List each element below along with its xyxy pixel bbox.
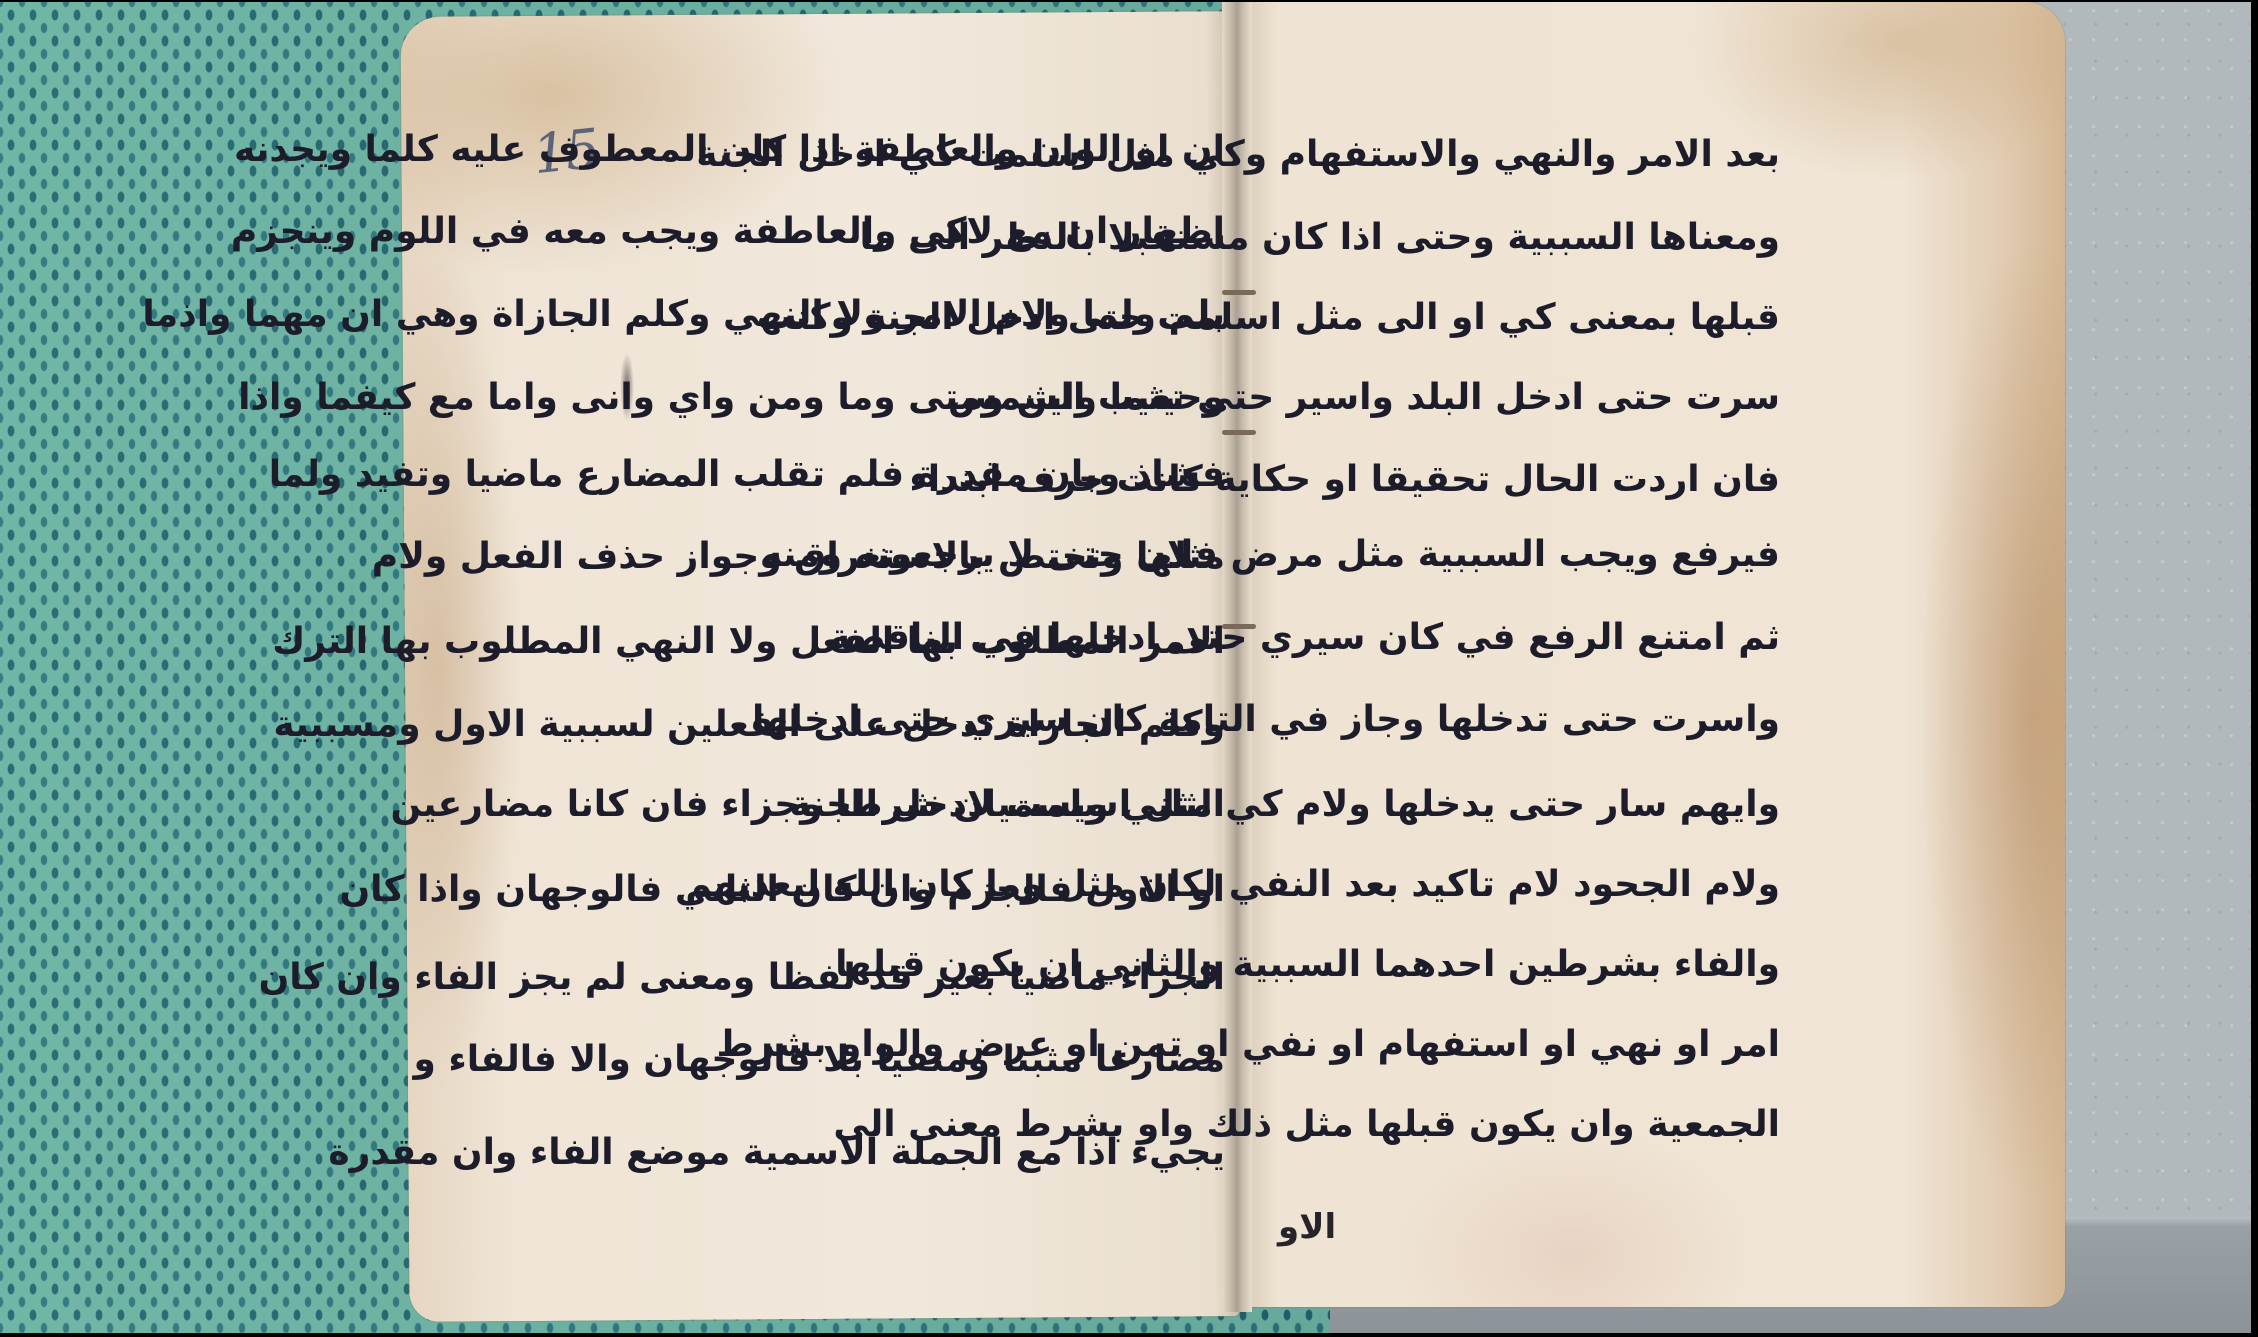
text-line: ثم امتنع الرفع في كان سيري حتى ادخلها في… xyxy=(829,620,1780,656)
text-line: امر او نهي او استفهام او نفي او تمن او ع… xyxy=(717,1027,1781,1063)
text-line: واسرت حتى تدخلها وجاز في التامة كان سيري… xyxy=(752,702,1780,738)
text-line: قبلها بمعنى كي او الى مثل اسلمت حتى ادخل… xyxy=(757,300,1780,336)
text-line: فان اردت الحال تحقيقا او حكاية كانت حرف … xyxy=(909,462,1780,498)
right-page-text: بعد الامر والنهي والاستفهام وكي مثل اسلم… xyxy=(1270,2,1780,1333)
catchword: الاو xyxy=(1278,1207,1336,1247)
text-line: فيرفع ويجب السببية مثل مرض فلان حتى لا ي… xyxy=(761,537,1780,573)
binding-stitch xyxy=(1222,290,1256,295)
text-line: وايهم سار حتى يدخلها ولام كي مثل اسلمت ل… xyxy=(790,787,1780,823)
binding-stitch xyxy=(1222,430,1256,435)
text-line: ومعناها السببية وحتى اذا كان مستقبلا بال… xyxy=(860,220,1780,256)
bottom-black-band xyxy=(0,1333,2258,1337)
text-line: الجمعية وان يكون قبلها مثل ذلك واو بشرط … xyxy=(833,1107,1780,1143)
text-line: والفاء بشرطين احدهما السببية والثاني ان … xyxy=(835,947,1780,983)
text-line: بعد الامر والنهي والاستفهام وكي مثل اسلم… xyxy=(696,137,1780,173)
text-line: سرت حتى ادخل البلد واسير حتى تغيب الشمس xyxy=(948,380,1780,416)
text-line: ولام الجحود لام تاكيد بعد النفي لكان مثل… xyxy=(685,867,1780,903)
photo-scene: 15 ان او الوان والعاطفة اذا كان المعطوف … xyxy=(0,2,2251,1333)
